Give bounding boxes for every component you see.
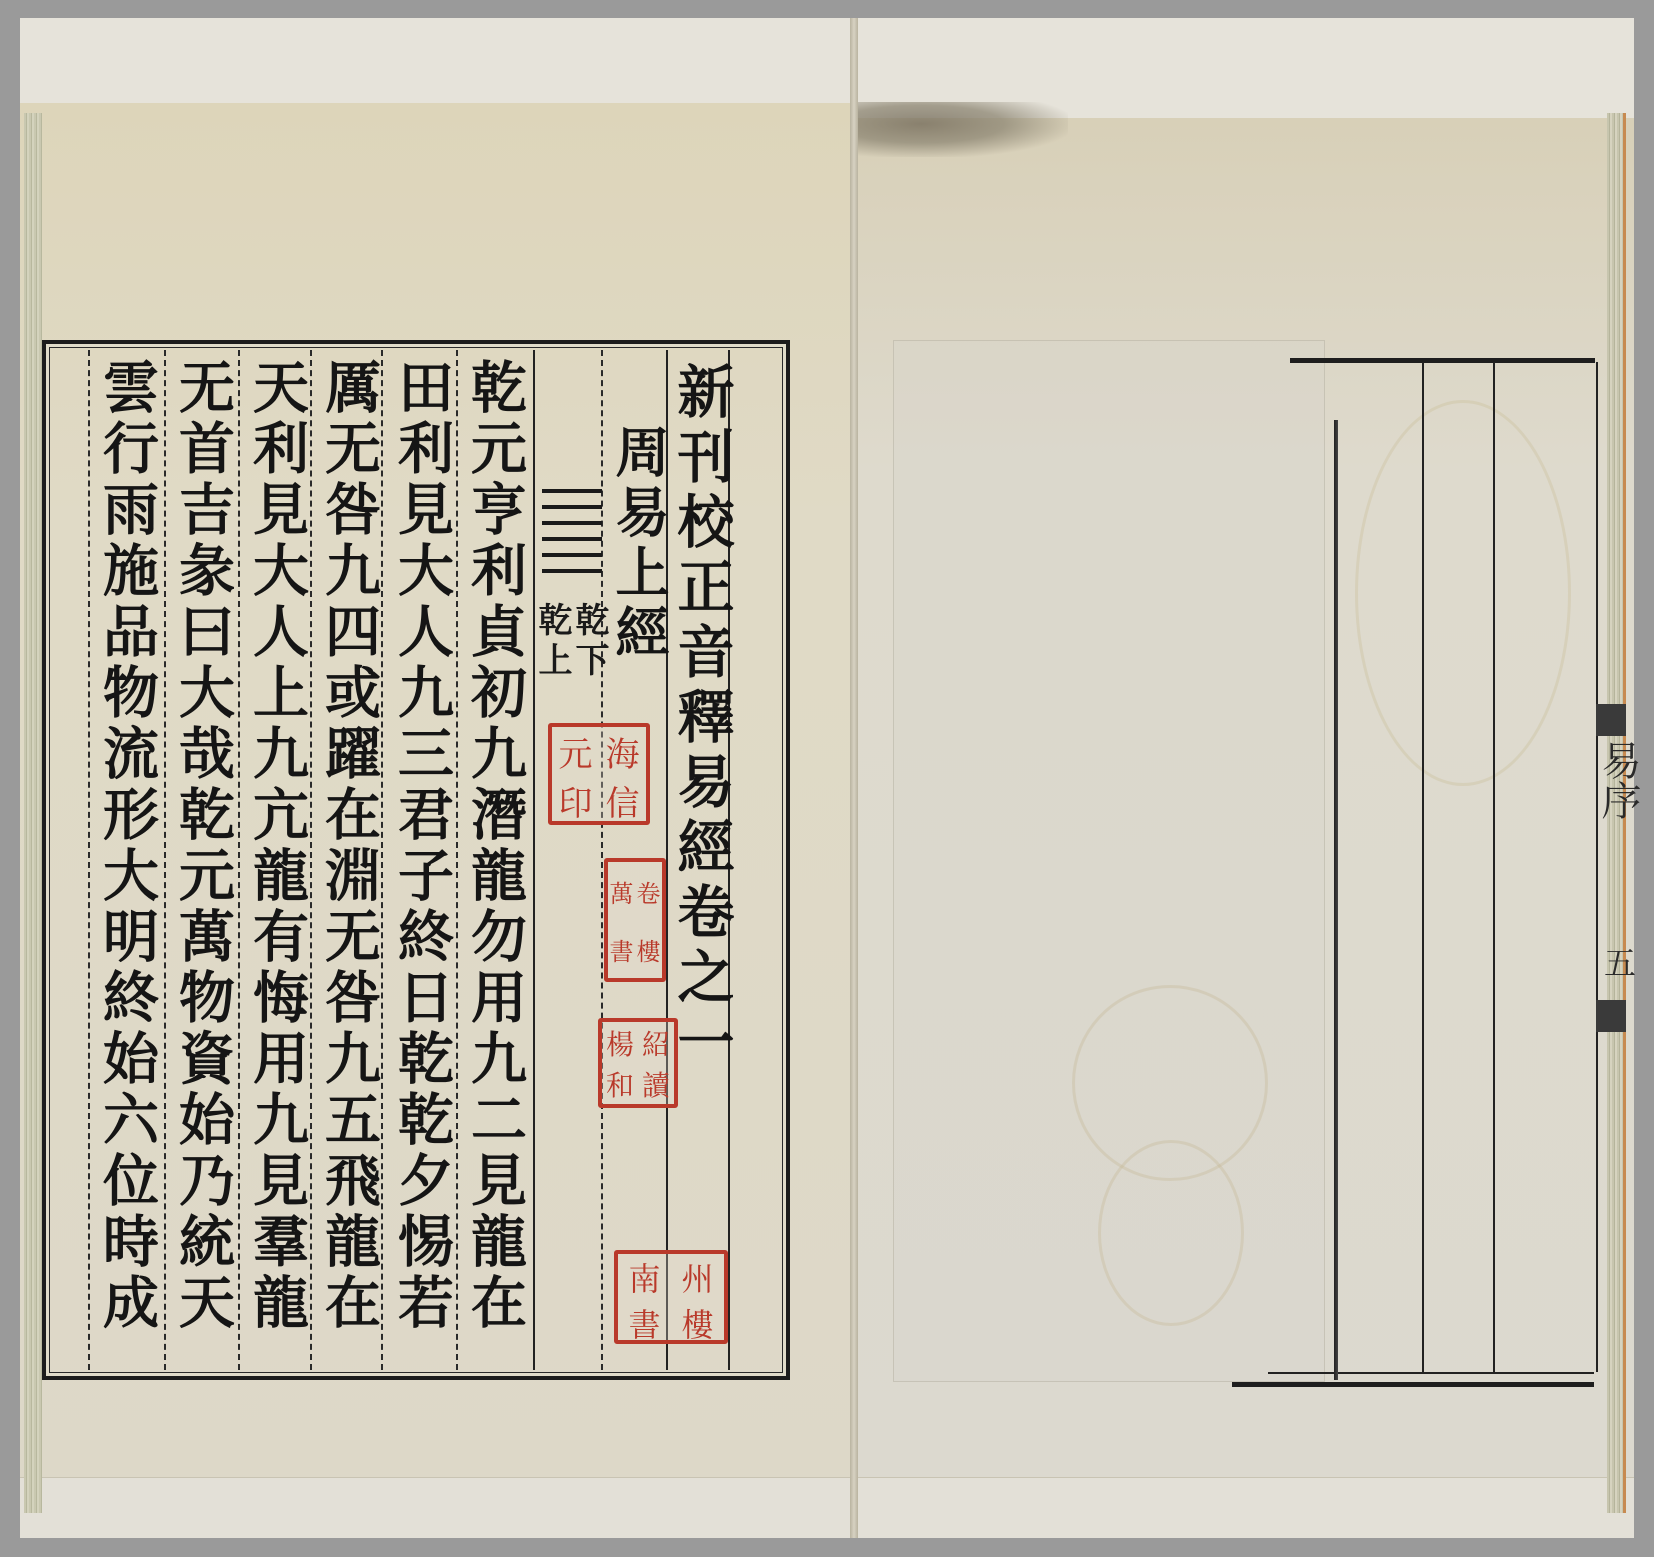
column-rule	[164, 350, 166, 1370]
seal-char: 海	[599, 727, 646, 776]
text-column-5: 无首吉彖曰大哉乾元萬物資始乃統天	[170, 358, 236, 1334]
column-rule	[1422, 362, 1424, 1372]
seal-char: 印	[552, 776, 599, 825]
seal-char: 州	[671, 1254, 724, 1300]
frame-top-border	[1290, 358, 1595, 363]
text-column-4: 天利見大人上九亢龍有悔用九見羣龍	[244, 358, 310, 1334]
column-rule	[456, 350, 458, 1370]
center-fold-rule	[1596, 362, 1598, 1372]
mounting-strip	[856, 1477, 1634, 1538]
column-rule	[238, 350, 240, 1370]
collector-seal-3: 楊 紹 和 讀	[598, 1018, 678, 1108]
seal-char: 樓	[671, 1300, 724, 1346]
section-title: 周易上經	[606, 424, 672, 664]
column-rule	[533, 350, 535, 1370]
text-column-3: 厲无咎九四或躍在淵无咎九五飛龍在	[316, 358, 382, 1334]
page-edges	[24, 113, 42, 1513]
text-column-1: 乾元亨利貞初九潛龍勿用九二見龍在	[462, 358, 528, 1334]
column-rule	[1334, 420, 1338, 1380]
fishtail-mark-upper	[1596, 704, 1626, 736]
seal-char: 紹	[638, 1022, 674, 1063]
fold-page-number: 五	[1598, 946, 1638, 978]
text-column-2: 田利見大人九三君子終日乾乾夕惕若	[389, 358, 455, 1334]
text-column-6: 雲行雨施品物流形大明終始六位時成	[94, 358, 160, 1334]
fishtail-mark-lower	[1596, 1000, 1626, 1032]
seal-char: 書	[608, 920, 635, 978]
hexagram-note-lower: 乾下	[571, 602, 607, 682]
collector-seal-2: 萬 卷 書 樓	[604, 858, 666, 982]
seal-char: 樓	[635, 920, 662, 978]
seal-char: 楊	[602, 1022, 638, 1063]
book-spread: 新刊校正音釋易經卷之一 周易上經 乾下 乾上 乾元亨利貞初九潛龍勿用九二見龍在 …	[0, 0, 1654, 1557]
seal-char: 書	[618, 1300, 671, 1346]
fold-char: 易	[1595, 740, 1641, 780]
fold-label: 易序	[1598, 740, 1638, 820]
seal-char: 卷	[635, 862, 662, 920]
frame-bottom-inner-border	[1268, 1372, 1594, 1374]
seal-char: 萬	[608, 862, 635, 920]
collector-seal-4: 南 州 書 樓	[614, 1250, 728, 1344]
frame-bottom-border	[1232, 1382, 1594, 1387]
qian-hexagram-icon	[542, 489, 602, 581]
fold-char: 序	[1595, 780, 1641, 820]
column-rule	[88, 350, 90, 1370]
stain	[858, 102, 1068, 157]
collector-seal-1: 元 海 印 信	[548, 723, 650, 825]
text-frame: 新刊校正音釋易經卷之一 周易上經 乾下 乾上 乾元亨利貞初九潛龍勿用九二見龍在 …	[42, 340, 790, 1380]
seal-char: 讀	[638, 1063, 674, 1104]
seal-char: 和	[602, 1063, 638, 1104]
book-title: 新刊校正音釋易經卷之一	[668, 362, 734, 1077]
hexagram-note-upper: 乾上	[534, 602, 570, 682]
mounting-strip	[20, 1477, 854, 1538]
seal-char: 元	[552, 727, 599, 776]
seal-char: 信	[599, 776, 646, 825]
water-stain	[1355, 400, 1571, 786]
book-gutter	[850, 18, 858, 1538]
blank-panel	[893, 340, 1325, 1382]
column-rule	[1493, 362, 1495, 1372]
seal-char: 南	[618, 1254, 671, 1300]
column-rule	[310, 350, 312, 1370]
